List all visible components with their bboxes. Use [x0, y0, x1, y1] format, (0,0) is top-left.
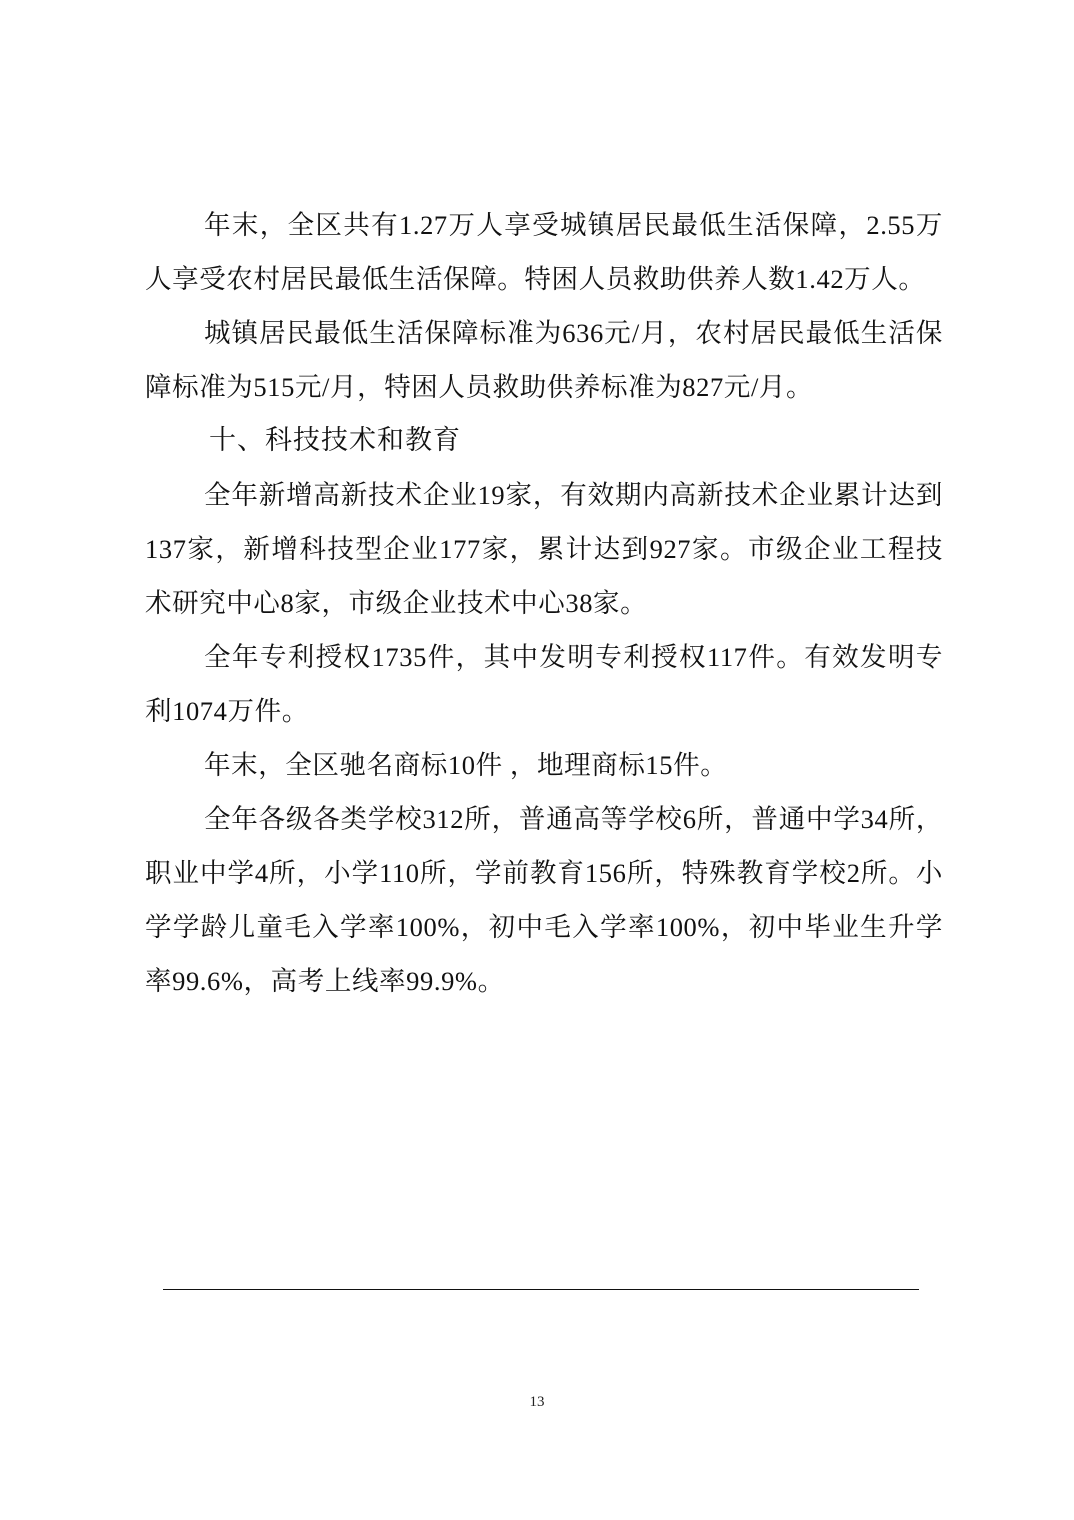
- paragraph-trademarks: 年末，全区驰名商标10件 ，地理商标15件。: [145, 738, 943, 792]
- paragraph-subsistence-standards: 城镇居民最低生活保障标准为636元/月，农村居民最低生活保障标准为515元/月，…: [145, 306, 943, 414]
- section-heading-science-education: 十、科技技术和教育: [145, 414, 943, 468]
- paragraph-patents: 全年专利授权1735件，其中发明专利授权117件。有效发明专利1074万件。: [145, 630, 943, 738]
- paragraph-subsistence-recipients: 年末，全区共有1.27万人享受城镇居民最低生活保障，2.55万人享受农村居民最低…: [145, 198, 943, 306]
- paragraph-schools: 全年各级各类学校312所，普通高等学校6所，普通中学34所，职业中学4所，小学1…: [145, 792, 943, 1008]
- document-body: 年末，全区共有1.27万人享受城镇居民最低生活保障，2.55万人享受农村居民最低…: [145, 198, 943, 1008]
- footer-divider: [163, 1289, 919, 1290]
- page-number: 13: [0, 1394, 1074, 1411]
- document-page: 年末，全区共有1.27万人享受城镇居民最低生活保障，2.55万人享受农村居民最低…: [0, 0, 1074, 1520]
- paragraph-high-tech-enterprises: 全年新增高新技术企业19家，有效期内高新技术企业累计达到137家，新增科技型企业…: [145, 468, 943, 630]
